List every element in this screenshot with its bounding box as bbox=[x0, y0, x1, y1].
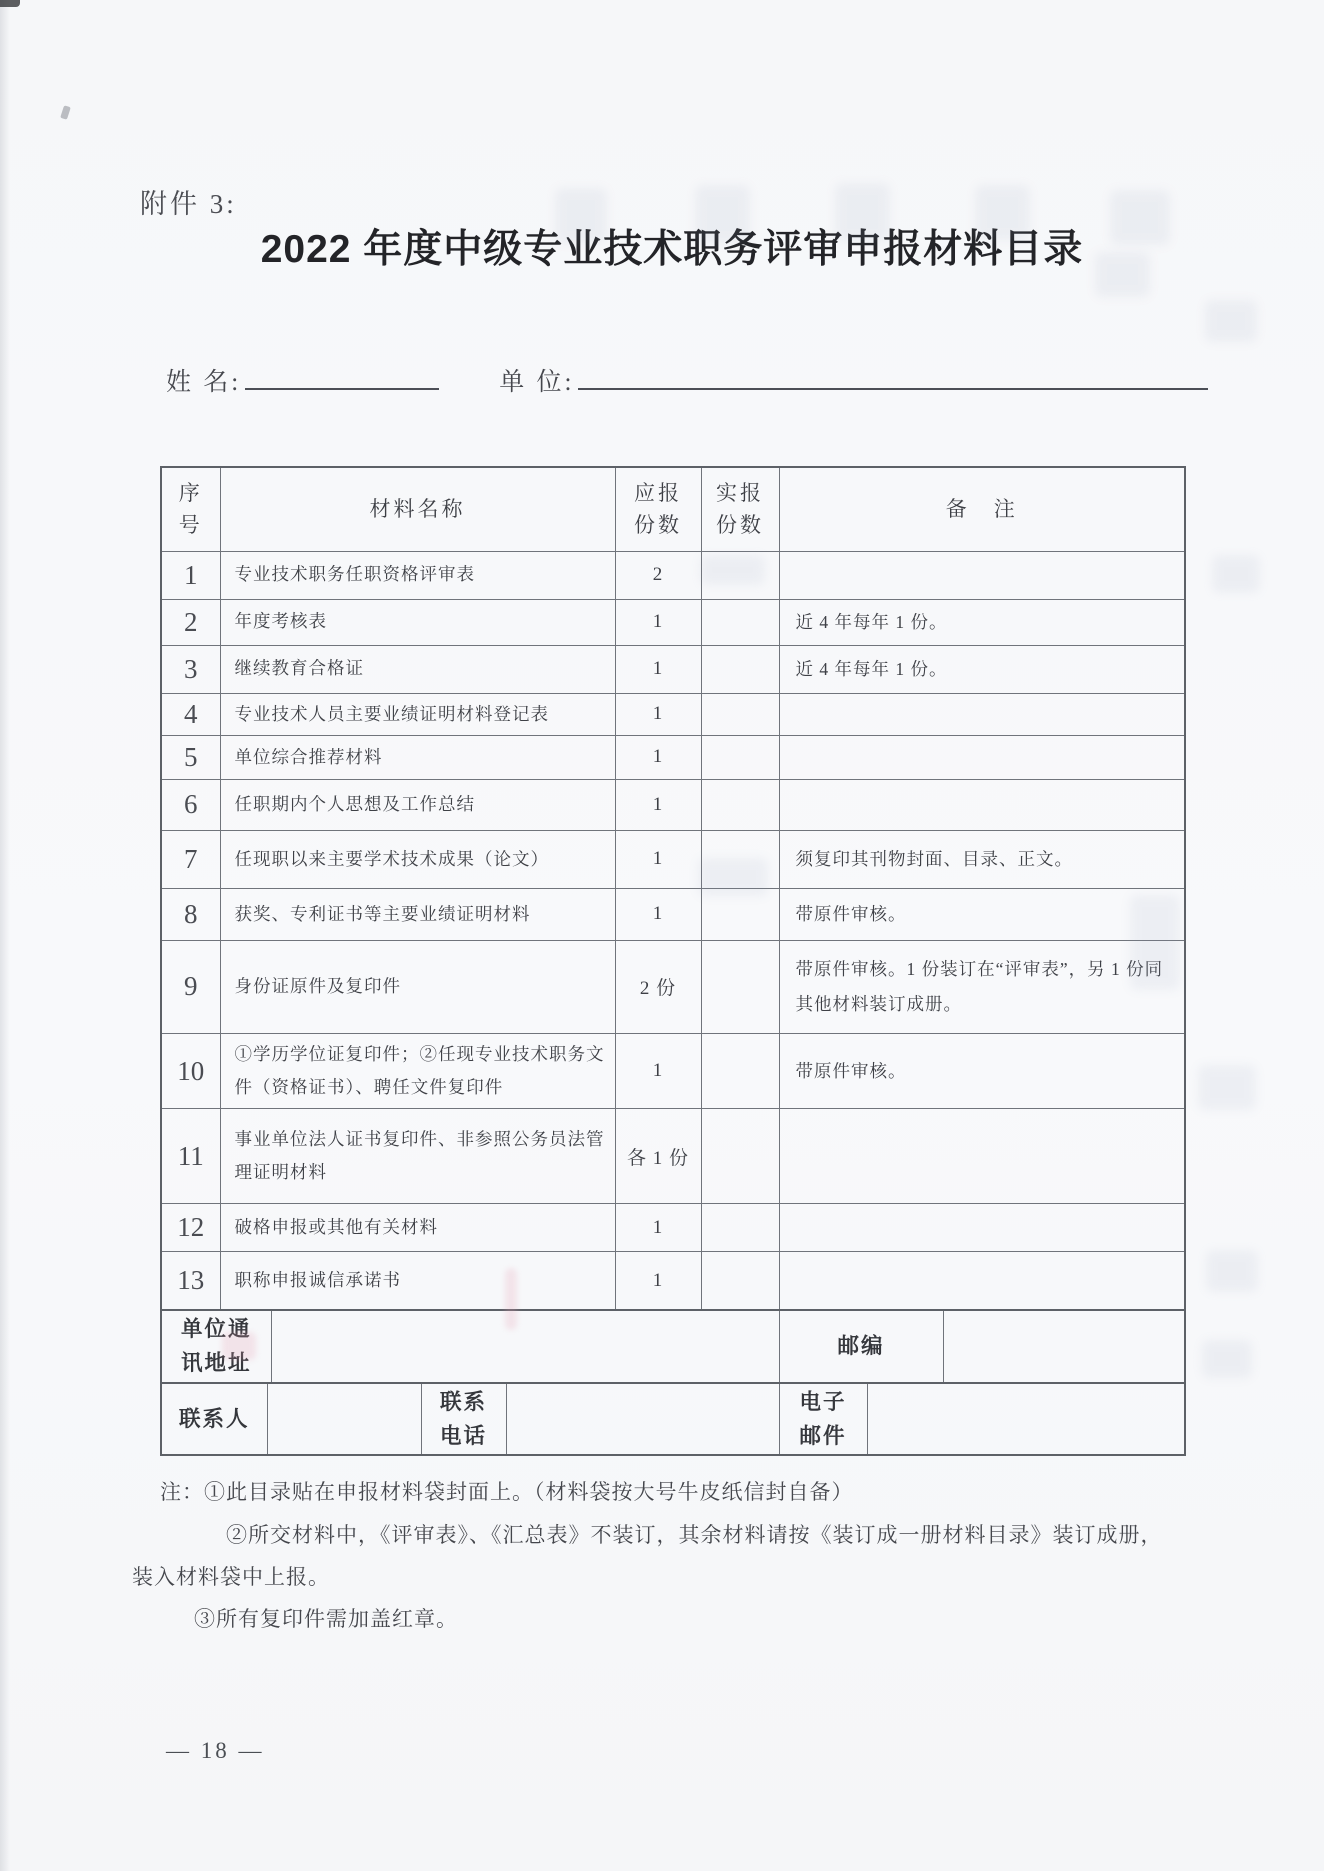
header-remark: 备 注 bbox=[779, 467, 1185, 551]
cell-required-copies: 1 bbox=[615, 1204, 701, 1252]
pink-smudge bbox=[505, 1268, 517, 1330]
table-row: 5单位综合推荐材料1 bbox=[161, 735, 1185, 779]
materials-table: 序 号 材料名称 应报 份数 实报 份数 备 注 1专业技术职务任职资格评审表2… bbox=[160, 466, 1186, 1311]
name-unit-line: 姓 名:单 位: bbox=[166, 362, 1212, 398]
table-row: 3继续教育合格证1近 4 年每年 1 份。 bbox=[161, 645, 1185, 693]
cell-material-name: 任职期内个人思想及工作总结 bbox=[220, 779, 615, 830]
cell-required-copies: 1 bbox=[615, 1252, 701, 1310]
header-row: 序 号 材料名称 应报 份数 实报 份数 备 注 bbox=[161, 467, 1185, 551]
cell-required-copies: 1 bbox=[615, 735, 701, 779]
cell-required-copies: 1 bbox=[615, 645, 701, 693]
name-label: 姓 名: bbox=[166, 369, 241, 396]
contact-row-table: 联系人 联系 电话 电子 邮件 bbox=[160, 1382, 1186, 1457]
materials-table-wrap: 序 号 材料名称 应报 份数 实报 份数 备 注 1专业技术职务任职资格评审表2… bbox=[160, 466, 1184, 1456]
cell-material-name: 事业单位法人证书复印件、非参照公务员法管理证明材料 bbox=[220, 1109, 615, 1204]
page-number: — 18 — bbox=[166, 1738, 265, 1764]
cell-actual-copies bbox=[701, 1033, 779, 1109]
ghost-mark bbox=[700, 555, 765, 585]
header-required-copies: 应报 份数 bbox=[615, 467, 701, 551]
table-row: 4专业技术人员主要业绩证明材料登记表1 bbox=[161, 693, 1185, 735]
cell-remark: 近 4 年每年 1 份。 bbox=[779, 645, 1185, 693]
cell-remark bbox=[779, 735, 1185, 779]
cell-required-copies: 1 bbox=[615, 888, 701, 940]
name-blank-line bbox=[245, 372, 439, 390]
cell-material-name: 专业技术职务任职资格评审表 bbox=[220, 551, 615, 599]
cell-remark bbox=[779, 693, 1185, 735]
contact-person-label: 联系人 bbox=[161, 1383, 267, 1456]
table-row: 11事业单位法人证书复印件、非参照公务员法管理证明材料各 1 份 bbox=[161, 1109, 1185, 1204]
cell-required-copies: 1 bbox=[615, 779, 701, 830]
cell-material-name: 职称申报诚信承诺书 bbox=[220, 1252, 615, 1310]
cell-index: 8 bbox=[161, 888, 220, 940]
cell-index: 6 bbox=[161, 779, 220, 830]
scan-artifact-tick bbox=[60, 105, 71, 120]
footnote-3: ③所有复印件需加盖红章。 bbox=[132, 1605, 1202, 1634]
email-value-cell bbox=[867, 1383, 1185, 1456]
cell-remark bbox=[779, 1204, 1185, 1252]
cell-remark bbox=[779, 1252, 1185, 1310]
cell-required-copies: 1 bbox=[615, 599, 701, 645]
ghost-mark bbox=[835, 183, 890, 241]
cell-actual-copies bbox=[701, 1109, 779, 1204]
cell-index: 1 bbox=[161, 551, 220, 599]
cell-index: 5 bbox=[161, 735, 220, 779]
cell-remark bbox=[779, 551, 1185, 599]
ghost-mark bbox=[975, 185, 1030, 240]
contact-person-value-cell bbox=[267, 1383, 421, 1456]
unit-label: 单 位: bbox=[499, 369, 574, 396]
cell-material-name: 破格申报或其他有关材料 bbox=[220, 1204, 615, 1252]
ghost-mark bbox=[1202, 1340, 1252, 1378]
ghost-mark bbox=[1198, 1065, 1256, 1110]
cell-remark: 带原件审核。 bbox=[779, 1033, 1185, 1109]
contact-phone-label: 联系 电话 bbox=[421, 1383, 506, 1456]
table-row: 10①学历学位证复印件；②任现专业技术职务文件（资格证书）、聘任文件复印件1带原… bbox=[161, 1033, 1185, 1109]
scanned-document-page: 附件 3: 2022 年度中级专业技术职务评审申报材料目录 姓 名:单 位: 序… bbox=[0, 0, 1324, 1871]
footnote-1: 注：①此目录贴在申报材料袋封面上。（材料袋按大号牛皮纸信封自备） bbox=[132, 1478, 1202, 1507]
ghost-mark bbox=[1110, 190, 1170, 245]
ghost-mark bbox=[1206, 1250, 1258, 1292]
cell-index: 10 bbox=[161, 1033, 220, 1109]
ghost-mark bbox=[1130, 895, 1180, 990]
cell-index: 11 bbox=[161, 1109, 220, 1204]
cell-index: 2 bbox=[161, 599, 220, 645]
cell-actual-copies bbox=[701, 888, 779, 940]
cell-material-name: 任现职以来主要学术技术成果（论文） bbox=[220, 830, 615, 888]
table-row: 13职称申报诚信承诺书1 bbox=[161, 1252, 1185, 1310]
unit-blank-line bbox=[578, 372, 1208, 390]
table-row: 7任现职以来主要学术技术成果（论文）1须复印其刊物封面、目录、正文。 bbox=[161, 830, 1185, 888]
footnotes: 注：①此目录贴在申报材料袋封面上。（材料袋按大号牛皮纸信封自备） ②所交材料中，… bbox=[132, 1468, 1202, 1634]
postcode-label: 邮编 bbox=[779, 1310, 943, 1383]
cell-actual-copies bbox=[701, 1204, 779, 1252]
cell-required-copies: 1 bbox=[615, 1033, 701, 1109]
cell-required-copies: 1 bbox=[615, 830, 701, 888]
ghost-mark bbox=[555, 188, 607, 243]
header-index: 序 号 bbox=[161, 467, 220, 551]
cell-index: 7 bbox=[161, 830, 220, 888]
postcode-value-cell bbox=[943, 1310, 1185, 1383]
cell-required-copies: 2 bbox=[615, 551, 701, 599]
cell-remark bbox=[779, 1109, 1185, 1204]
cell-index: 3 bbox=[161, 645, 220, 693]
cell-material-name: ①学历学位证复印件；②任现专业技术职务文件（资格证书）、聘任文件复印件 bbox=[220, 1033, 615, 1109]
cell-actual-copies bbox=[701, 1252, 779, 1310]
pink-smudge bbox=[222, 1332, 256, 1360]
cell-actual-copies bbox=[701, 645, 779, 693]
attachment-label: 附件 3: bbox=[140, 182, 237, 221]
email-label: 电子 邮件 bbox=[779, 1383, 867, 1456]
cell-actual-copies bbox=[701, 735, 779, 779]
table-row: 1专业技术职务任职资格评审表2 bbox=[161, 551, 1185, 599]
cell-index: 9 bbox=[161, 940, 220, 1033]
contact-row: 联系人 联系 电话 电子 邮件 bbox=[161, 1383, 1185, 1456]
cell-material-name: 获奖、专利证书等主要业绩证明材料 bbox=[220, 888, 615, 940]
cell-material-name: 专业技术人员主要业绩证明材料登记表 bbox=[220, 693, 615, 735]
table-row: 2年度考核表1近 4 年每年 1 份。 bbox=[161, 599, 1185, 645]
scan-artifact-corner bbox=[0, 0, 20, 7]
cell-required-copies: 各 1 份 bbox=[615, 1109, 701, 1204]
cell-actual-copies bbox=[701, 599, 779, 645]
footnote-2-continued: 装入材料袋中上报。 bbox=[132, 1563, 1202, 1592]
cell-material-name: 单位综合推荐材料 bbox=[220, 735, 615, 779]
header-actual-copies: 实报 份数 bbox=[701, 467, 779, 551]
address-row: 单位通 讯地址 邮编 bbox=[161, 1310, 1185, 1383]
ghost-mark bbox=[1095, 252, 1150, 297]
cell-material-name: 年度考核表 bbox=[220, 599, 615, 645]
cell-index: 12 bbox=[161, 1204, 220, 1252]
table-row: 9身份证原件及复印件2 份带原件审核。1 份装订在“评审表”，另 1 份同其他材… bbox=[161, 940, 1185, 1033]
cell-remark: 带原件审核。1 份装订在“评审表”，另 1 份同其他材料装订成册。 bbox=[779, 940, 1185, 1033]
contact-phone-value-cell bbox=[506, 1383, 779, 1456]
cell-index: 13 bbox=[161, 1252, 220, 1310]
cell-required-copies: 2 份 bbox=[615, 940, 701, 1033]
cell-actual-copies bbox=[701, 779, 779, 830]
cell-remark: 须复印其刊物封面、目录、正文。 bbox=[779, 830, 1185, 888]
ghost-mark bbox=[1205, 300, 1257, 342]
ghost-mark bbox=[698, 858, 768, 896]
cell-material-name: 继续教育合格证 bbox=[220, 645, 615, 693]
header-material-name: 材料名称 bbox=[220, 467, 615, 551]
cell-remark bbox=[779, 779, 1185, 830]
footnote-2: ②所交材料中，《评审表》、《汇总表》不装订，其余材料请按《装订成一册材料目录》装… bbox=[132, 1521, 1202, 1550]
address-row-table: 单位通 讯地址 邮编 bbox=[160, 1309, 1186, 1384]
cell-remark: 近 4 年每年 1 份。 bbox=[779, 599, 1185, 645]
ghost-mark bbox=[1212, 555, 1260, 593]
table-row: 12破格申报或其他有关材料1 bbox=[161, 1204, 1185, 1252]
cell-remark: 带原件审核。 bbox=[779, 888, 1185, 940]
table-row: 8获奖、专利证书等主要业绩证明材料1带原件审核。 bbox=[161, 888, 1185, 940]
table-row: 6任职期内个人思想及工作总结1 bbox=[161, 779, 1185, 830]
ghost-mark bbox=[695, 185, 750, 243]
cell-required-copies: 1 bbox=[615, 693, 701, 735]
cell-actual-copies bbox=[701, 693, 779, 735]
unit-address-value-cell bbox=[271, 1310, 779, 1383]
document-title: 2022 年度中级专业技术职务评审申报材料目录 bbox=[160, 218, 1184, 274]
cell-actual-copies bbox=[701, 940, 779, 1033]
cell-index: 4 bbox=[161, 693, 220, 735]
cell-material-name: 身份证原件及复印件 bbox=[220, 940, 615, 1033]
